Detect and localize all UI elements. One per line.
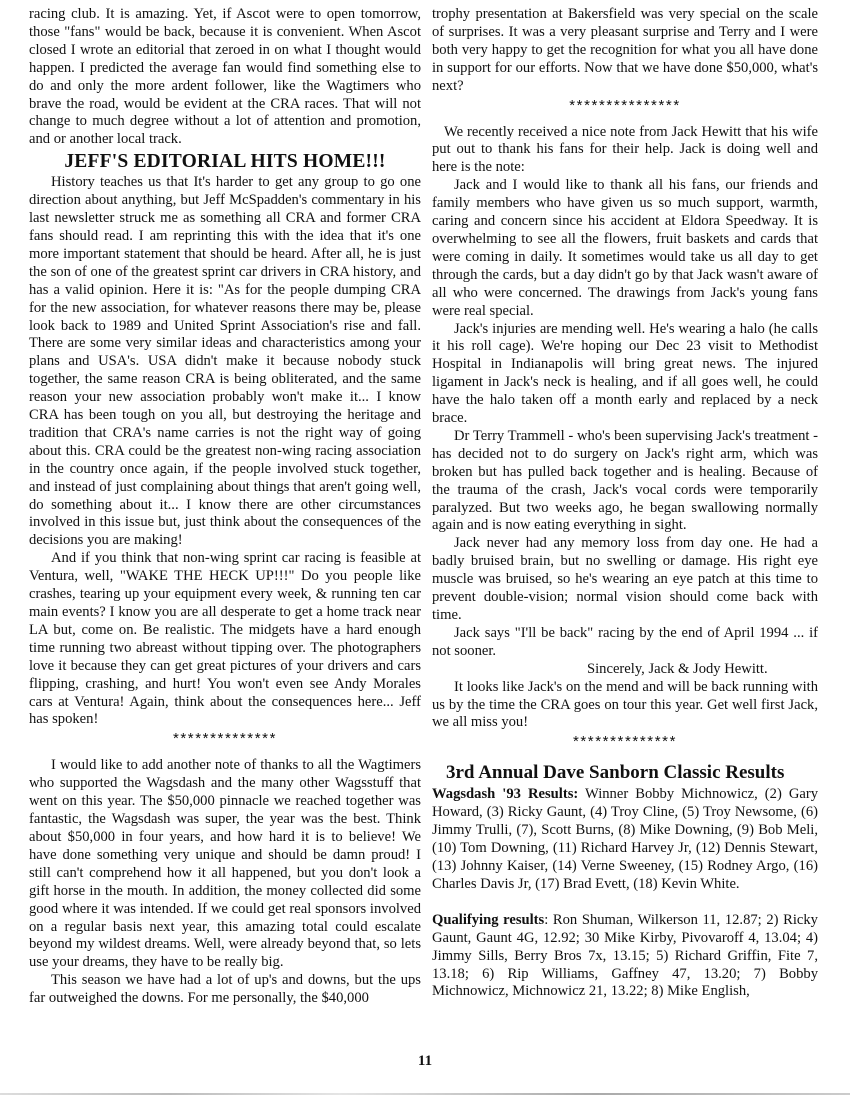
intro-paragraph: racing club. It is amazing. Yet, if Asco… — [29, 6, 421, 149]
qualifying-results-label: Qualifying results — [432, 912, 544, 928]
continued-paragraph: trophy presentation at Bakersfield was v… — [432, 6, 818, 96]
section-divider: *************** — [432, 96, 818, 116]
scan-edge-line — [0, 1093, 850, 1095]
editorial-paragraph: And if you think that non-wing sprint ca… — [29, 550, 421, 729]
section-divider: ************** — [29, 729, 421, 749]
thanks-paragraph: I would like to add another note of than… — [29, 757, 421, 972]
season-paragraph: This season we have had a lot of up's an… — [29, 972, 421, 1008]
note-signoff: Sincerely, Jack & Jody Hewitt. — [432, 661, 818, 679]
editorial-paragraph: History teaches us that It's harder to g… — [29, 174, 421, 550]
wagsdash-results-label: Wagsdash '93 Results: — [432, 786, 578, 802]
wagsdash-results: Wagsdash '93 Results: Winner Bobby Michn… — [432, 786, 818, 893]
closing-paragraph: It looks like Jack's on the mend and wil… — [432, 679, 818, 733]
note-paragraph: Jack's injuries are mending well. He's w… — [432, 321, 818, 428]
spacer — [432, 894, 818, 912]
note-paragraph: Jack says "I'll be back" racing by the e… — [432, 625, 818, 661]
results-section-title: 3rd Annual Dave Sanborn Classic Results — [446, 762, 818, 784]
page-number: 11 — [0, 1053, 850, 1070]
newsletter-page: racing club. It is amazing. Yet, if Asco… — [0, 0, 850, 1100]
note-paragraph: Dr Terry Trammell - who's been supervisi… — [432, 428, 818, 535]
note-paragraph: Jack never had any memory loss from day … — [432, 535, 818, 625]
right-column: trophy presentation at Bakersfield was v… — [432, 6, 818, 1001]
note-paragraph: Jack and I would like to thank all his f… — [432, 177, 818, 320]
section-divider: ************** — [432, 732, 818, 752]
left-column: racing club. It is amazing. Yet, if Asco… — [29, 6, 421, 1008]
editorial-headline: JEFF'S EDITORIAL HITS HOME!!! — [29, 151, 421, 173]
hewitt-intro-paragraph: We recently received a nice note from Ja… — [432, 124, 818, 178]
qualifying-results: Qualifying results: Ron Shuman, Wilkerso… — [432, 912, 818, 1002]
